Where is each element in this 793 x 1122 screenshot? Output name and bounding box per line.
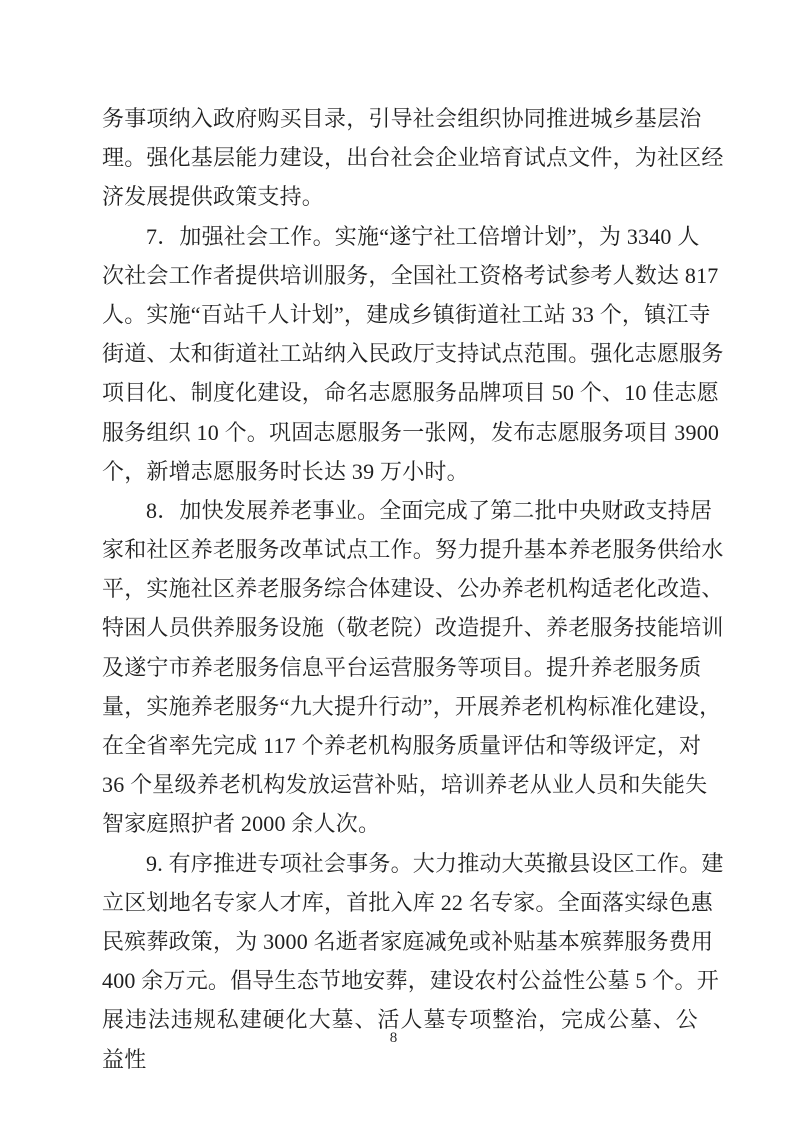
paragraph-7-social-work: 7．加强社会工作。实施“遂宁社工倍增计划”，为 3340 人次社会工作者提供培训…	[102, 217, 698, 491]
paragraph-9-social-affairs: 9. 有序推进专项社会事务。大力推动大英撤县设区工作。建立区划地名专家人才库，首…	[102, 844, 698, 1040]
text-line: 家和社区养老服务改革试点工作。努力提升基本养老服务供给水	[102, 530, 698, 569]
text-line: 务事项纳入政府购买目录，引导社会组织协同推进城乡基层治	[102, 99, 698, 138]
paragraph-6-continuation: 务事项纳入政府购买目录，引导社会组织协同推进城乡基层治理。强化基层能力建设，出台…	[102, 99, 698, 217]
text-line: 次社会工作者提供培训服务，全国社工资格考试参考人数达 817	[102, 256, 698, 295]
text-line: 36 个星级养老机构发放运营补贴，培训养老从业人员和失能失	[102, 765, 698, 804]
document-page: 务事项纳入政府购买目录，引导社会组织协同推进城乡基层治理。强化基层能力建设，出台…	[0, 0, 793, 1122]
text-line: 7．加强社会工作。实施“遂宁社工倍增计划”，为 3340 人	[102, 217, 698, 256]
text-line: 9. 有序推进专项社会事务。大力推动大英撤县设区工作。建	[102, 844, 698, 883]
text-line: 理。强化基层能力建设，出台社会企业培育试点文件，为社区经	[102, 138, 698, 177]
text-line: 立区划地名专家人才库，首批入库 22 名专家。全面落实绿色惠	[102, 883, 698, 922]
text-line: 济发展提供政策支持。	[102, 177, 698, 216]
text-line: 街道、太和街道社工站纳入民政厅支持试点范围。强化志愿服务	[102, 334, 698, 373]
text-line: 智家庭照护者 2000 余人次。	[102, 804, 698, 843]
text-block: 务事项纳入政府购买目录，引导社会组织协同推进城乡基层治理。强化基层能力建设，出台…	[102, 99, 698, 1040]
text-line: 在全省率先完成 117 个养老机构服务质量评估和等级评定，对	[102, 726, 698, 765]
text-line: 民殡葬政策，为 3000 名逝者家庭减免或补贴基本殡葬服务费用	[102, 922, 698, 961]
text-line: 量，实施养老服务“九大提升行动”，开展养老机构标准化建设，	[102, 687, 698, 726]
text-line: 特困人员供养服务设施（敬老院）改造提升、养老服务技能培训	[102, 608, 698, 647]
text-line: 及遂宁市养老服务信息平台运营服务等项目。提升养老服务质	[102, 648, 698, 687]
page-number: 8	[0, 1029, 787, 1047]
text-line: 400 余万元。倡导生态节地安葬，建设农村公益性公墓 5 个。开	[102, 961, 698, 1000]
text-line: 平，实施社区养老服务综合体建设、公办养老机构适老化改造、	[102, 569, 698, 608]
text-line: 服务组织 10 个。巩固志愿服务一张网，发布志愿服务项目 3900	[102, 413, 698, 452]
text-line: 个，新增志愿服务时长达 39 万小时。	[102, 452, 698, 491]
text-line: 人。实施“百站千人计划”，建成乡镇街道社工站 33 个，镇江寺	[102, 295, 698, 334]
text-line: 8．加快发展养老事业。全面完成了第二批中央财政支持居	[102, 491, 698, 530]
paragraph-8-elderly-care: 8．加快发展养老事业。全面完成了第二批中央财政支持居家和社区养老服务改革试点工作…	[102, 491, 698, 844]
text-line: 项目化、制度化建设，命名志愿服务品牌项目 50 个、10 佳志愿	[102, 373, 698, 412]
